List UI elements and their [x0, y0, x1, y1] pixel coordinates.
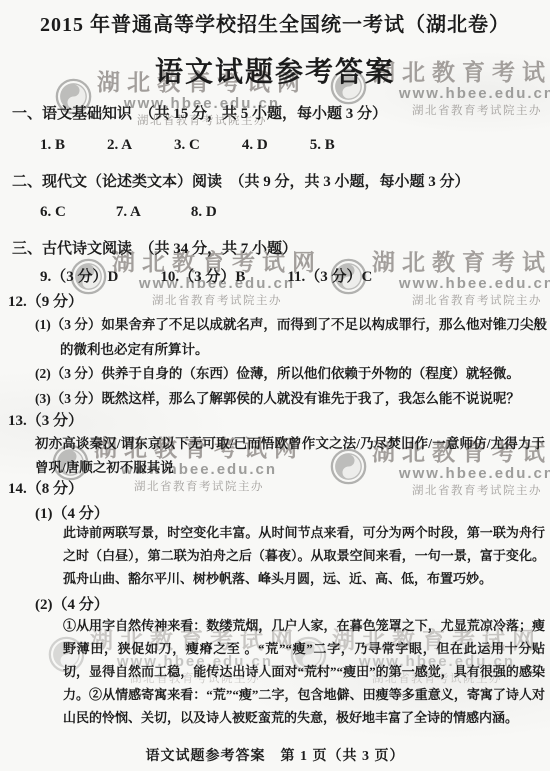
section-heading-3: 三、古代诗文阅读 （共 34 分，共 7 小题）	[12, 237, 297, 258]
question-12-part-1: (1)（3 分）如果舍弃了不足以成就名声，而得到了不足以构成罪行，那么他对锥刀尖…	[35, 312, 547, 362]
page-title: 2015 年普通高等学校招生全国统一考试（湖北卷）	[0, 8, 550, 37]
answers-row-2: 6. C 7. A 8. D	[40, 204, 217, 221]
answer-item: 8. D	[191, 204, 217, 221]
section-heading-1: 一、语文基础知识 （共 15 分，共 5 小题，每小题 3 分）	[12, 102, 387, 123]
answer-item: 10.（3 分）B	[160, 265, 245, 286]
section-heading-2: 二、现代文（论述类文本）阅读 （共 9 分，共 3 小题，每小题 3 分）	[12, 170, 470, 191]
question-14-part-2-label: (2)（4 分）	[35, 593, 109, 614]
answer-item: 2. A	[107, 137, 132, 154]
page-subtitle: 语文试题参考答案	[0, 50, 550, 90]
answer-item: 6. C	[40, 204, 66, 221]
answer-item: 11.（3 分）C	[287, 265, 372, 286]
question-14-label: 14.（8 分）	[8, 477, 83, 498]
answer-item: 9.（3 分）D	[40, 265, 118, 286]
question-12-label: 12.（9 分）	[8, 290, 83, 311]
question-14-part-2-answer: ①从用字自然传神来看：数缕荒烟，几户人家，在暮色笼罩之下，尤显荒凉冷落；瘦野薄田…	[63, 614, 545, 729]
answer-item: 7. A	[116, 204, 141, 221]
question-12-part-2: (2)（3 分）供养于自身的（东西）俭薄，所以他们依赖于外物的（程度）就轻微。	[35, 361, 547, 386]
answer-item: 5. B	[310, 137, 335, 154]
question-12-part-3: (3)（3 分）既然这样，那么了解郭侯的人就没有谁先于我了，我怎么能不说说呢？	[35, 386, 547, 411]
question-14-part-1-answer: 此诗前两联写景，时空变化丰富。从时间节点来看，可分为两个时段，第一联为舟行之时（…	[63, 521, 545, 590]
document-page: 湖北教育考试网 www.hbee.edu.cn 湖北省教育考试院主办 湖北教育考…	[0, 0, 550, 771]
answers-row-3: 9.（3 分）D 10.（3 分）B 11.（3 分）C	[40, 265, 372, 286]
page-footer: 语文试题参考答案 第 1 页（共 3 页）	[0, 745, 550, 765]
question-13-answer: 初亦高谈秦汉/谓东京以下无可取/已而悟欧曾作文之法/乃尽焚旧作/一意师仿/尤得力…	[35, 432, 545, 480]
answer-item: 3. C	[174, 137, 200, 154]
question-13-label: 13.（3 分）	[8, 409, 83, 430]
answer-item: 1. B	[40, 137, 65, 154]
question-14-part-1-label: (1)（4 分）	[35, 502, 109, 523]
answer-item: 4. D	[242, 137, 268, 154]
answers-row-1: 1. B 2. A 3. C 4. D 5. B	[40, 137, 335, 154]
document-content: 2015 年普通高等学校招生全国统一考试（湖北卷） 语文试题参考答案 一、语文基…	[0, 0, 550, 771]
